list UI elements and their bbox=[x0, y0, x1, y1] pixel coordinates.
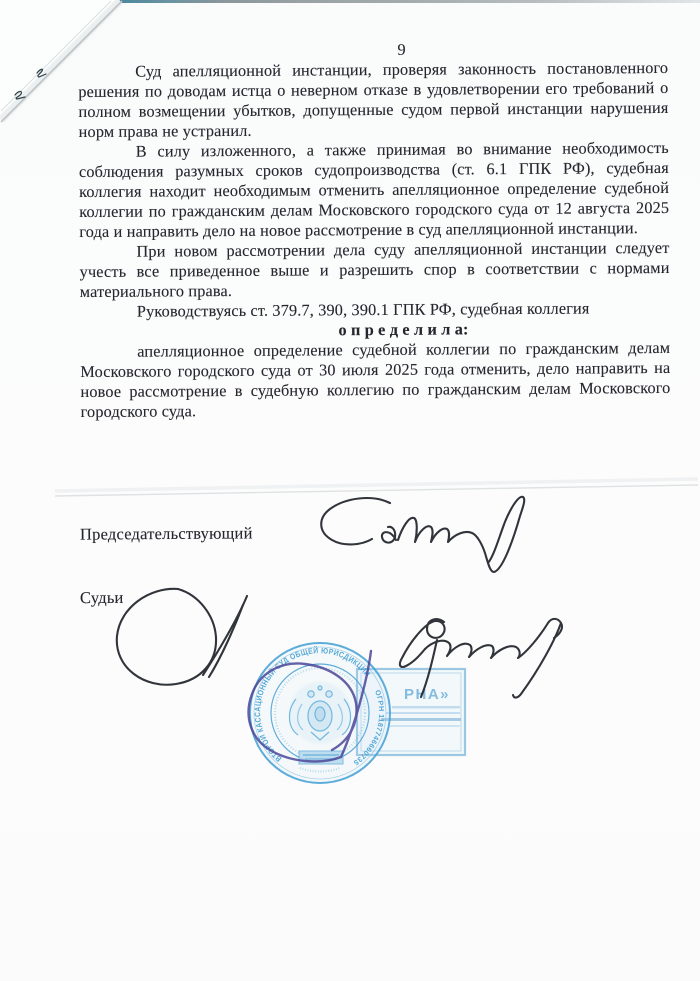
svg-text:ОГРН 1187746660735: ОГРН 1187746660735 bbox=[352, 689, 386, 768]
stamp-banner bbox=[299, 751, 343, 764]
stamp-ring-text: ВТОРОЙ КАССАЦИОННЫЙ СУД ОБЩЕЙ ЮРИСДИКЦИИ bbox=[253, 646, 372, 763]
copy-stamp-text: РНА» bbox=[404, 686, 450, 703]
eagle-emblem bbox=[289, 682, 351, 744]
stamp-bottom-microtext bbox=[300, 768, 340, 771]
paragraph-ruling: апелляционное определение судебной колле… bbox=[80, 338, 671, 422]
judge-signature-right bbox=[400, 619, 562, 698]
presiding-judge-signature bbox=[321, 497, 524, 572]
paragraph-new-review: При новом рассмотрении дела суду апелляц… bbox=[79, 238, 669, 302]
stamp-inner-microtext-ring bbox=[275, 668, 365, 758]
pen-mark-over-stamp bbox=[249, 651, 371, 761]
judge-signature-left bbox=[117, 589, 247, 685]
paragraph-guided-by: Руководствуясь ст. 379.7, 390, 390.1 ГПК… bbox=[80, 298, 670, 322]
paragraph-reasoning: В силу изложенного, а также принимая во … bbox=[79, 138, 670, 242]
presiding-judge-label: Председательствующий bbox=[80, 523, 253, 544]
document-text-block: 9 Суд апелляционной инстанции, проверяя … bbox=[78, 38, 671, 422]
paragraph-appeal-court: Суд апелляционной инстанции, проверяя за… bbox=[78, 58, 669, 142]
scanned-court-document-page: 9 Суд апелляционной инстанции, проверяя … bbox=[0, 0, 700, 981]
stamp-ogrn-text: ОГРН 1187746660735 bbox=[352, 689, 386, 768]
paper-crease bbox=[55, 479, 698, 496]
copy-certification-stamp: РНА» bbox=[357, 669, 465, 755]
svg-text:ВТОРОЙ КАССАЦИОННЫЙ СУД ОБЩЕЙ: ВТОРОЙ КАССАЦИОННЫЙ СУД ОБЩЕЙ ЮРИСДИКЦИИ bbox=[253, 646, 372, 763]
court-round-stamp: ВТОРОЙ КАССАЦИОННЫЙ СУД ОБЩЕЙ ЮРИСДИКЦИИ… bbox=[250, 643, 390, 783]
judges-label: Судьи bbox=[80, 588, 124, 608]
